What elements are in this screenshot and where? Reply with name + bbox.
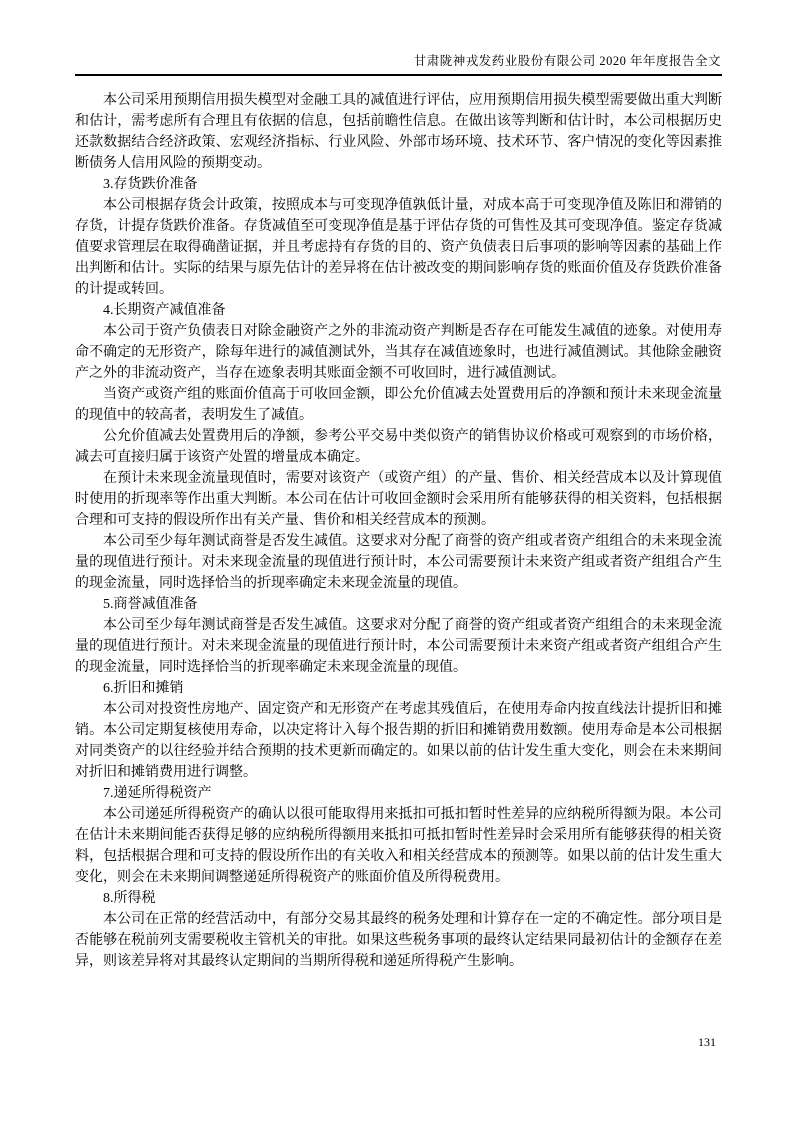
page-number: 131 [698,1035,716,1050]
section-heading: 4.长期资产减值准备 [75,300,722,321]
header-divider [75,74,722,76]
body-paragraph: 本公司至少每年测试商誉是否发生减值。这要求对分配了商誉的资产组或者资产组组合的未… [75,615,722,678]
body-paragraph: 本公司递延所得税资产的确认以很可能取得用来抵扣可抵扣暂时性差异的应纳税所得额为限… [75,804,722,888]
body-paragraph: 本公司根据存货会计政策，按照成本与可变现净值孰低计量，对成本高于可变现净值及陈旧… [75,195,722,300]
report-header-title: 甘肃陇神戎发药业股份有限公司 2020 年年度报告全文 [414,51,721,69]
section-heading: 8.所得税 [75,888,722,909]
body-paragraph: 本公司对投资性房地产、固定资产和无形资产在考虑其残值后，在使用寿命内按直线法计提… [75,699,722,783]
body-paragraph: 公允价值减去处置费用后的净额，参考公平交易中类似资产的销售协议价格或可观察到的市… [75,426,722,468]
body-paragraph: 本公司至少每年测试商誉是否发生减值。这要求对分配了商誉的资产组或者资产组组合的未… [75,531,722,594]
section-heading: 3.存货跌价准备 [75,174,722,195]
document-page: 甘肃陇神戎发药业股份有限公司 2020 年年度报告全文 本公司采用预期信用损失模… [0,0,793,1122]
section-heading: 5.商誉减值准备 [75,594,722,615]
body-paragraph: 本公司于资产负债表日对除金融资产之外的非流动资产判断是否存在可能发生减值的迹象。… [75,321,722,384]
section-heading: 6.折旧和摊销 [75,678,722,699]
body-paragraph: 当资产或资产组的账面价值高于可收回金额，即公允价值减去处置费用后的净额和预计未来… [75,384,722,426]
document-body: 本公司采用预期信用损失模型对金融工具的减值进行评估，应用预期信用损失模型需要做出… [75,90,722,972]
body-paragraph: 在预计未来现金流量现值时，需要对该资产（或资产组）的产量、售价、相关经营成本以及… [75,468,722,531]
section-heading: 7.递延所得税资产 [75,783,722,804]
body-paragraph: 本公司采用预期信用损失模型对金融工具的减值进行评估，应用预期信用损失模型需要做出… [75,90,722,174]
body-paragraph: 本公司在正常的经营活动中，有部分交易其最终的税务处理和计算存在一定的不确定性。部… [75,909,722,972]
